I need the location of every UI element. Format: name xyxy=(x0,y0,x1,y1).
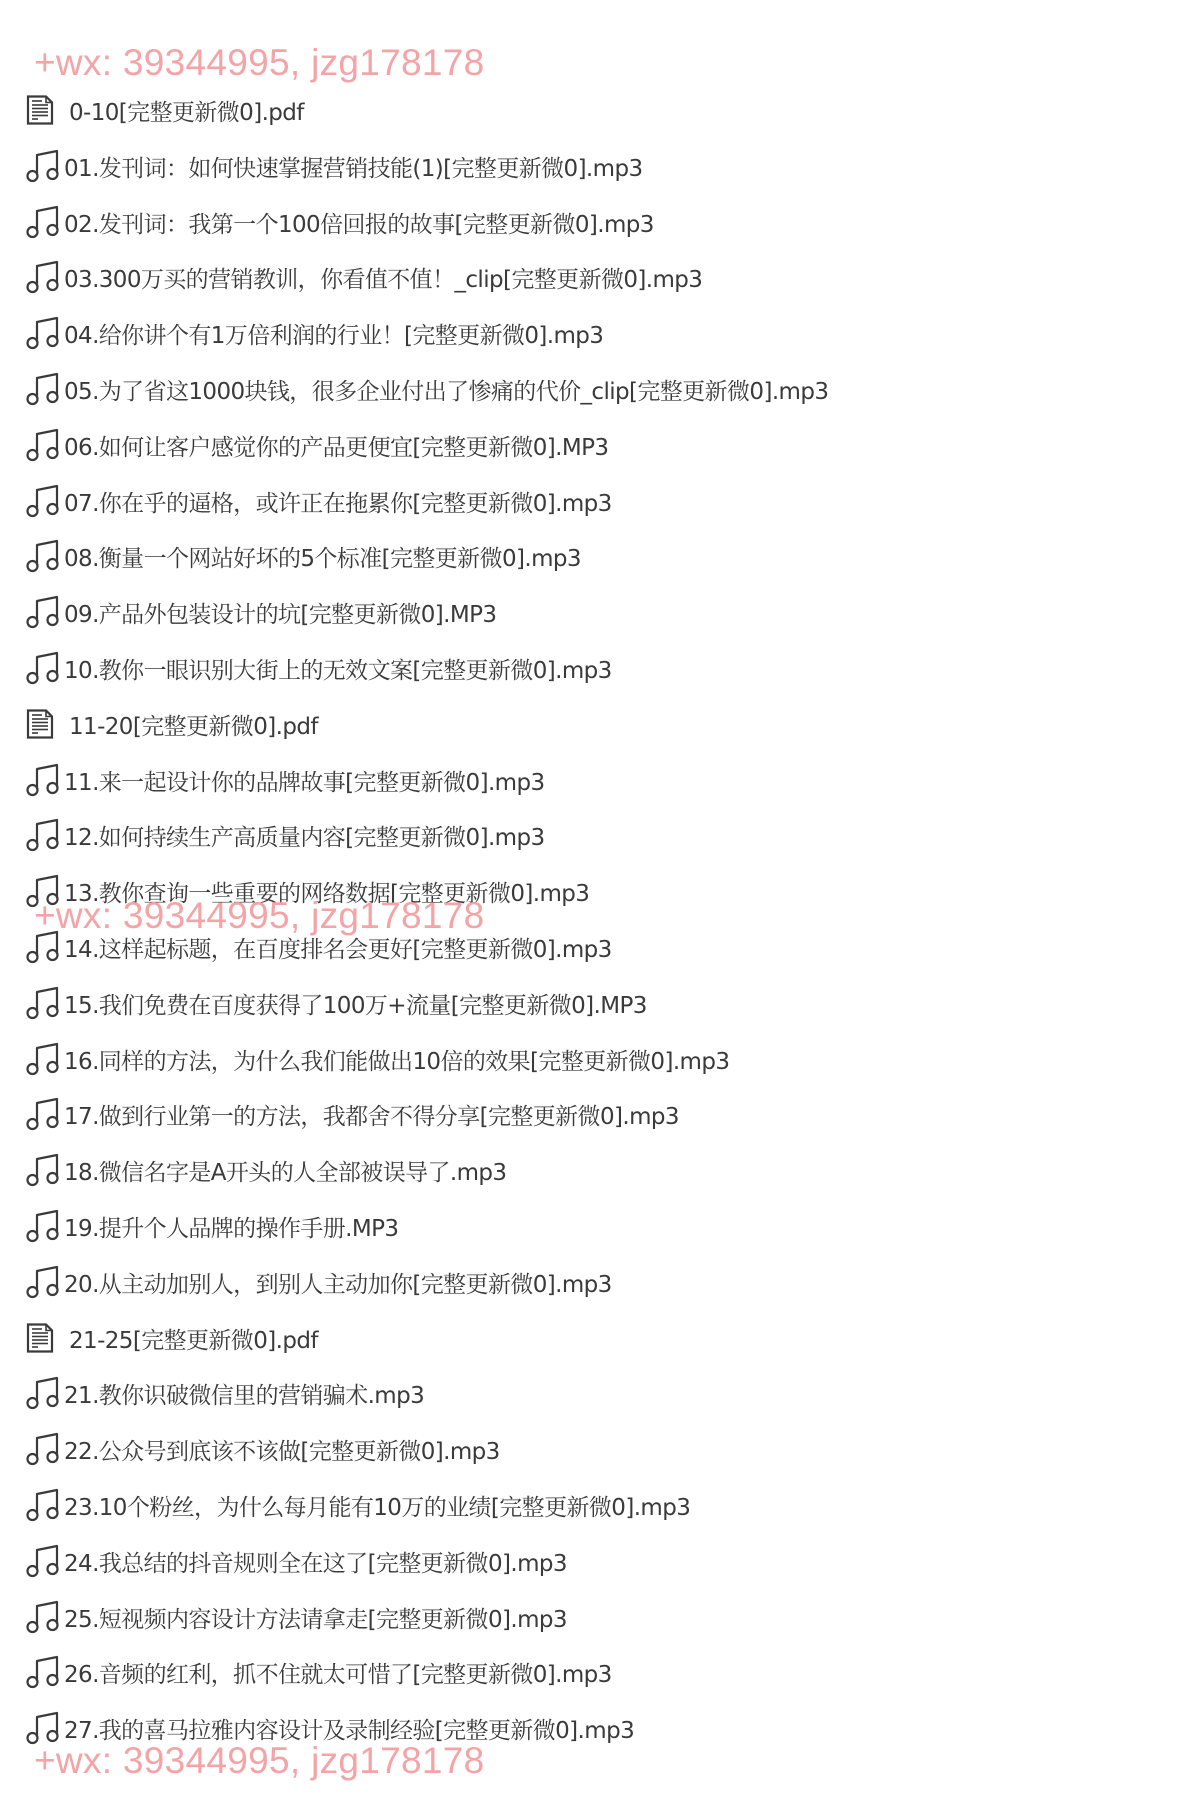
music-note-icon xyxy=(26,595,62,629)
file-name: 16.同样的方法，为什么我们能做出10倍的效果[完整更新微0].mp3 xyxy=(64,1043,729,1076)
file-name: 18.微信名字是A开头的人全部被误导了.mp3 xyxy=(64,1154,506,1187)
file-item-pdf[interactable]: 0-10[完整更新微0].pdf xyxy=(26,90,304,130)
music-note-icon xyxy=(26,763,62,797)
music-note-icon xyxy=(26,1209,62,1243)
music-note-icon xyxy=(26,205,62,239)
file-item-audio[interactable]: 16.同样的方法，为什么我们能做出10倍的效果[完整更新微0].mp3 xyxy=(26,1039,729,1079)
music-note-icon xyxy=(26,930,62,964)
file-item-audio[interactable]: 07.你在乎的逼格，或许正在拖累你[完整更新微0].mp3 xyxy=(26,481,612,521)
file-item-audio[interactable]: 05.为了省这1000块钱，很多企业付出了惨痛的代价_clip[完整更新微0].… xyxy=(26,369,828,409)
file-name: 23.10个粉丝，为什么每月能有10万的业绩[完整更新微0].mp3 xyxy=(64,1489,690,1522)
music-note-icon xyxy=(26,1097,62,1131)
watermark-top: +wx: 39344995, jzg178178 xyxy=(34,42,485,84)
file-name: 11.来一起设计你的品牌故事[完整更新微0].mp3 xyxy=(64,764,545,797)
file-item-audio[interactable]: 09.产品外包装设计的坑[完整更新微0].MP3 xyxy=(26,592,496,632)
file-item-audio[interactable]: 26.音频的红利，抓不住就太可惜了[完整更新微0].mp3 xyxy=(26,1652,612,1692)
music-note-icon xyxy=(26,1711,62,1745)
file-name: 20.从主动加别人，到别人主动加你[完整更新微0].mp3 xyxy=(64,1266,612,1299)
file-item-audio[interactable]: 11.来一起设计你的品牌故事[完整更新微0].mp3 xyxy=(26,760,545,800)
music-note-icon xyxy=(26,874,62,908)
music-note-icon xyxy=(26,1655,62,1689)
file-name: 17.做到行业第一的方法，我都舍不得分享[完整更新微0].mp3 xyxy=(64,1098,679,1131)
music-note-icon xyxy=(26,986,62,1020)
music-note-icon xyxy=(26,539,62,573)
music-note-icon xyxy=(26,1600,62,1634)
file-name: 15.我们免费在百度获得了100万+流量[完整更新微0].MP3 xyxy=(64,987,647,1020)
file-name: 0-10[完整更新微0].pdf xyxy=(69,94,304,127)
file-item-audio[interactable]: 01.发刊词：如何快速掌握营销技能(1)[完整更新微0].mp3 xyxy=(26,146,643,186)
file-name: 08.衡量一个网站好坏的5个标准[完整更新微0].mp3 xyxy=(64,540,581,573)
file-name: 13.教你查询一些重要的网络数据[完整更新微0].mp3 xyxy=(64,875,589,908)
file-name: 04.给你讲个有1万倍利润的行业！[完整更新微0].mp3 xyxy=(64,317,603,350)
file-item-pdf[interactable]: 11-20[完整更新微0].pdf xyxy=(26,704,318,744)
music-note-icon xyxy=(26,260,62,294)
file-name: 12.如何持续生产高质量内容[完整更新微0].mp3 xyxy=(64,819,545,852)
music-note-icon xyxy=(26,1042,62,1076)
music-note-icon xyxy=(26,1544,62,1578)
file-name: 09.产品外包装设计的坑[完整更新微0].MP3 xyxy=(64,596,496,629)
file-name: 05.为了省这1000块钱，很多企业付出了惨痛的代价_clip[完整更新微0].… xyxy=(64,373,828,406)
document-icon xyxy=(26,707,62,741)
file-name: 19.提升个人品牌的操作手册.MP3 xyxy=(64,1210,398,1243)
file-item-audio[interactable]: 10.教你一眼识别大街上的无效文案[完整更新微0].mp3 xyxy=(26,648,612,688)
file-name: 07.你在乎的逼格，或许正在拖累你[完整更新微0].mp3 xyxy=(64,485,612,518)
music-note-icon xyxy=(26,1432,62,1466)
file-name: 25.短视频内容设计方法请拿走[完整更新微0].mp3 xyxy=(64,1601,567,1634)
file-item-audio[interactable]: 20.从主动加别人，到别人主动加你[完整更新微0].mp3 xyxy=(26,1262,612,1302)
document-icon xyxy=(26,1321,62,1355)
music-note-icon xyxy=(26,1376,62,1410)
music-note-icon xyxy=(26,372,62,406)
file-name: 21.教你识破微信里的营销骗术.mp3 xyxy=(64,1377,424,1410)
music-note-icon xyxy=(26,149,62,183)
file-item-audio[interactable]: 24.我总结的抖音规则全在这了[完整更新微0].mp3 xyxy=(26,1541,567,1581)
music-note-icon xyxy=(26,1265,62,1299)
file-item-audio[interactable]: 22.公众号到底该不该做[完整更新微0].mp3 xyxy=(26,1429,500,1469)
file-name: 06.如何让客户感觉你的产品更便宜[完整更新微0].MP3 xyxy=(64,429,608,462)
file-item-audio[interactable]: 08.衡量一个网站好坏的5个标准[完整更新微0].mp3 xyxy=(26,536,581,576)
file-name: 14.这样起标题，在百度排名会更好[完整更新微0].mp3 xyxy=(64,931,612,964)
file-item-audio[interactable]: 23.10个粉丝，为什么每月能有10万的业绩[完整更新微0].mp3 xyxy=(26,1485,690,1525)
music-note-icon xyxy=(26,651,62,685)
file-item-audio[interactable]: 14.这样起标题，在百度排名会更好[完整更新微0].mp3 xyxy=(26,927,612,967)
file-name: 10.教你一眼识别大街上的无效文案[完整更新微0].mp3 xyxy=(64,652,612,685)
file-item-audio[interactable]: 15.我们免费在百度获得了100万+流量[完整更新微0].MP3 xyxy=(26,983,647,1023)
file-item-audio[interactable]: 18.微信名字是A开头的人全部被误导了.mp3 xyxy=(26,1150,506,1190)
music-note-icon xyxy=(26,818,62,852)
file-item-audio[interactable]: 04.给你讲个有1万倍利润的行业！[完整更新微0].mp3 xyxy=(26,313,603,353)
file-name: 27.我的喜马拉雅内容设计及录制经验[完整更新微0].mp3 xyxy=(64,1712,634,1745)
music-note-icon xyxy=(26,316,62,350)
file-item-audio[interactable]: 25.短视频内容设计方法请拿走[完整更新微0].mp3 xyxy=(26,1597,567,1637)
file-item-audio[interactable]: 27.我的喜马拉雅内容设计及录制经验[完整更新微0].mp3 xyxy=(26,1708,634,1748)
file-name: 22.公众号到底该不该做[完整更新微0].mp3 xyxy=(64,1433,500,1466)
file-name: 03.300万买的营销教训，你看值不值！_clip[完整更新微0].mp3 xyxy=(64,261,702,294)
music-note-icon xyxy=(26,1153,62,1187)
file-name: 21-25[完整更新微0].pdf xyxy=(69,1322,318,1355)
file-item-audio[interactable]: 19.提升个人品牌的操作手册.MP3 xyxy=(26,1206,398,1246)
file-item-audio[interactable]: 21.教你识破微信里的营销骗术.mp3 xyxy=(26,1373,424,1413)
file-name: 02.发刊词：我第一个100倍回报的故事[完整更新微0].mp3 xyxy=(64,206,654,239)
file-item-audio[interactable]: 17.做到行业第一的方法，我都舍不得分享[完整更新微0].mp3 xyxy=(26,1094,679,1134)
file-item-audio[interactable]: 06.如何让客户感觉你的产品更便宜[完整更新微0].MP3 xyxy=(26,425,608,465)
file-item-audio[interactable]: 12.如何持续生产高质量内容[完整更新微0].mp3 xyxy=(26,815,545,855)
music-note-icon xyxy=(26,428,62,462)
music-note-icon xyxy=(26,484,62,518)
file-item-audio[interactable]: 03.300万买的营销教训，你看值不值！_clip[完整更新微0].mp3 xyxy=(26,257,702,297)
music-note-icon xyxy=(26,1488,62,1522)
file-item-audio[interactable]: 13.教你查询一些重要的网络数据[完整更新微0].mp3 xyxy=(26,871,589,911)
document-icon xyxy=(26,93,62,127)
file-name: 11-20[完整更新微0].pdf xyxy=(69,708,318,741)
file-name: 24.我总结的抖音规则全在这了[完整更新微0].mp3 xyxy=(64,1545,567,1578)
file-item-audio[interactable]: 02.发刊词：我第一个100倍回报的故事[完整更新微0].mp3 xyxy=(26,202,654,242)
file-name: 26.音频的红利，抓不住就太可惜了[完整更新微0].mp3 xyxy=(64,1656,612,1689)
file-item-pdf[interactable]: 21-25[完整更新微0].pdf xyxy=(26,1318,318,1358)
file-name: 01.发刊词：如何快速掌握营销技能(1)[完整更新微0].mp3 xyxy=(64,150,643,183)
